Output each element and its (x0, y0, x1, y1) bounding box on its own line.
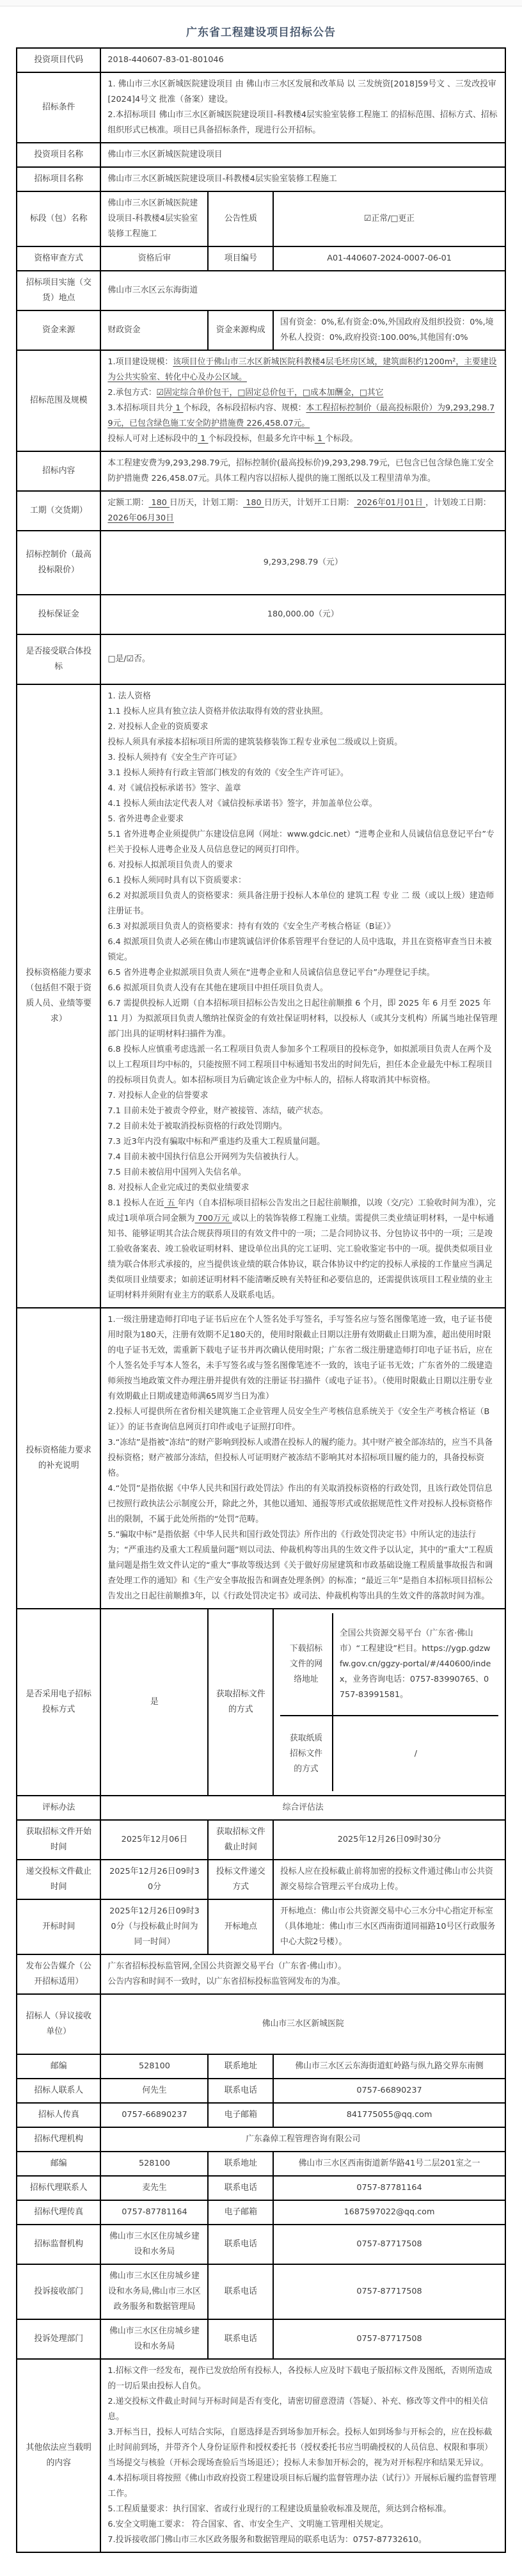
table-row: 是否采用电子招标投标方式 是 获取招标文件的方式 下载招标文件的网络地址 全国公… (17, 1609, 505, 1796)
qualification-req-value: 1. 法人资格1.1 投标人应具有独立法人资格并依法取得有效的营业执照。2. 对… (100, 684, 505, 1308)
consortium-label: 是否接受联合体投标 (17, 634, 100, 684)
location-value: 佛山市三水区云东海街道 (100, 271, 505, 310)
complaint-handle-phone-label: 联系电话 (208, 2319, 273, 2359)
table-row: 招标项目名称 佛山市三水区新城医院建设项目-科教楼4层实验室装修工程施工 (17, 167, 505, 191)
address1-label: 联系地址 (208, 2054, 273, 2079)
table-row: 招标控制价（最高投标限价） 9,293,298.79（元） (17, 531, 505, 595)
doc-deadline-label: 获取招标文件截止时间 (208, 1820, 273, 1860)
opening-time-value: 2025年12月26日09时30分（与投标截止时间为同一时间） (100, 1899, 208, 1954)
table-row: 投标保证金 180,000.00（元） (17, 595, 505, 634)
section-name-label: 标段（包）名称 (17, 191, 100, 246)
fund-composition-label: 资金来源构成 (208, 310, 273, 350)
other-content-value: 1.招标文件一经发布，视作已发放给所有投标人，各投标人应及时下载电子版招标文件及… (100, 2359, 505, 2552)
supervisor-phone-value: 0757-87717508 (273, 2225, 505, 2264)
table-row: 资格审查方式 资格后审 项目编号 A01-440607-2024-0007-06… (17, 246, 505, 271)
doc-method-inner-table: 下载招标文件的网络地址 全国公共资源交易平台（广东省·佛山市）“工程建设”栏目。… (280, 1613, 498, 1791)
tender-announcement-table: 投资项目代码 2018-440607-83-01-801046 招标条件 1. … (16, 47, 506, 2553)
supervisor-value: 佛山市三水区住房城乡建设和水务局 (100, 2225, 208, 2264)
table-row: 招标内容 本工程建安费为9,293,298.79元，招标控制价(最高投标价)9,… (17, 451, 505, 491)
email2-value: 1687597022@qq.com (273, 2200, 505, 2225)
table-row: 邮编 528100 联系地址 佛山市三水区西南街道新华路41号二层201室之一 (17, 2152, 505, 2176)
scope-label: 招标范围及规模 (17, 350, 100, 451)
doc-deadline-value: 2025年12月26日09时30分 (273, 1820, 505, 1860)
table-row: 递交投标文件截止时间 2025年12月26日09时30分 投标文件递交方式 投标… (17, 1860, 505, 1899)
opening-time-label: 开标时间 (17, 1899, 100, 1954)
submit-deadline-label: 递交投标文件截止时间 (17, 1860, 100, 1899)
complaint-handle-label: 投诉处理部门 (17, 2319, 100, 2359)
fax2-value: 0757-87781164 (100, 2200, 208, 2225)
table-row: 招标代理机构 广东淼倬工程管理咨询有限公司 (17, 2127, 505, 2152)
other-content-label: 其他依法应当载明的内容 (17, 2359, 100, 2552)
page-title: 广东省工程建设项目招标公告 (0, 23, 522, 39)
tender-conditions-label: 招标条件 (17, 72, 100, 143)
table-row: 招标人联系人 何先生 联系电话 0757-66890237 (17, 2079, 505, 2103)
tender-project-name-value: 佛山市三水区新城医院建设项目-科教楼4层实验室装修工程施工 (100, 167, 505, 191)
doc-start-value: 2025年12月06日 (100, 1820, 208, 1860)
submit-method-label: 投标文件递交方式 (208, 1860, 273, 1899)
table-row: 是否接受联合体投标 □是/☑否。 (17, 634, 505, 684)
consortium-value: □是/☑否。 (100, 634, 505, 684)
supervisor-phone-label: 联系电话 (208, 2225, 273, 2264)
table-row: 资金来源 财政资金 资金来源构成 国有资金：0%,私有资金:0%,外国政府及组织… (17, 310, 505, 350)
tender-conditions-value: 1. 佛山市三水区新城医院建设项目 由 佛山市三水区发展和改革局 以 三发统资[… (100, 72, 505, 143)
complaint-recv-phone-value: 0757-87717508 (273, 2264, 505, 2319)
qualification-review-label: 资格审查方式 (17, 246, 100, 271)
table-row: 招标人传真 0757-66890237 电子邮箱 841775055@qq.co… (17, 2103, 505, 2127)
supervisor-label: 招标监督机构 (17, 2225, 100, 2264)
contact2-value: 麦先生 (100, 2176, 208, 2200)
complaint-handle-phone-value: 0757-87717508 (273, 2319, 505, 2359)
doc-method-label: 获取招标文件的方式 (208, 1609, 273, 1796)
table-row: 招标条件 1. 佛山市三水区新城医院建设项目 由 佛山市三水区发展和改革局 以 … (17, 72, 505, 143)
invest-project-name-value: 佛山市三水区新城医院建设项目 (100, 143, 505, 167)
fax1-value: 0757-66890237 (100, 2103, 208, 2127)
address1-value: 佛山市三水区云东海街道虹岭路与纵九路交界东南侧 (273, 2054, 505, 2079)
address2-label: 联系地址 (208, 2152, 273, 2176)
table-row: 投诉处理部门 佛山市三水区住房城乡建设和水务局 联系电话 0757-877175… (17, 2319, 505, 2359)
project-number-value: A01-440607-2024-0007-06-01 (273, 246, 505, 271)
table-row: 投诉接收部门 佛山市三水区住房城乡建设和水务局,佛山市三水区政务服务和数据管理局… (17, 2264, 505, 2319)
bid-bond-value: 180,000.00（元） (100, 595, 505, 634)
tenderer-label: 招标人（异议接收单位） (17, 1994, 100, 2054)
duration-value: 定额工期： 180 日历天，计划工期： 180 日历天，计划开工日期： 2026… (100, 491, 505, 531)
phone2-label: 联系电话 (208, 2176, 273, 2200)
phone2-value: 0757-87781164 (273, 2176, 505, 2200)
complaint-recv-value: 佛山市三水区住房城乡建设和水务局,佛山市三水区政务服务和数据管理局 (100, 2264, 208, 2319)
phone1-value: 0757-66890237 (273, 2079, 505, 2103)
agency-label: 招标代理机构 (17, 2127, 100, 2152)
page-top-strip (0, 0, 522, 6)
notice-nature-value: ☑正常/□更正 (273, 191, 505, 246)
table-row: 下载招标文件的网络地址 全国公共资源交易平台（广东省·佛山市）“工程建设”栏目。… (280, 1613, 498, 1716)
section-name-value: 佛山市三水区新城医院建设项目-科教楼4层实验室装修工程施工 (100, 191, 208, 246)
email2-label: 电子邮箱 (208, 2200, 273, 2225)
fax1-label: 招标人传真 (17, 2103, 100, 2127)
fund-source-value: 财政资金 (100, 310, 208, 350)
project-number-label: 项目编号 (208, 246, 273, 271)
table-row: 获取纸质招标文件的方式 / (280, 1716, 498, 1791)
fund-source-label: 资金来源 (17, 310, 100, 350)
project-code-label: 投资项目代码 (17, 48, 100, 72)
fund-composition-value: 国有资金：0%,私有资金:0%,外国政府及组织投资：0%,境外私人投资：0%,政… (273, 310, 505, 350)
table-row: 招标监督机构 佛山市三水区住房城乡建设和水务局 联系电话 0757-877175… (17, 2225, 505, 2264)
duration-label: 工期（交货期） (17, 491, 100, 531)
bid-bond-label: 投标保证金 (17, 595, 100, 634)
submit-method-value: 投标人应在投标截止前将加密的投标文件通过佛山市公共资源交易综合管理云平台成功上传… (273, 1860, 505, 1899)
qualification-review-value: 资格后审 (100, 246, 208, 271)
table-row: 邮编 528100 联系地址 佛山市三水区云东海街道虹岭路与纵九路交界东南侧 (17, 2054, 505, 2079)
download-url-label: 下载招标文件的网络地址 (280, 1613, 333, 1716)
fax2-label: 招标代理传真 (17, 2200, 100, 2225)
scope-value: 1.项目建设规模：该项目位于佛山市三水区新城医院科教楼4层毛坯房区域，建筑面积约… (100, 350, 505, 451)
complaint-recv-label: 投诉接收部门 (17, 2264, 100, 2319)
submit-deadline-value: 2025年12月26日09时30分 (100, 1860, 208, 1899)
postcode1-label: 邮编 (17, 2054, 100, 2079)
table-row: 投标资格能力要求的补充说明 1.一级注册建造师打印电子证书后应在个人签名处手写签… (17, 1308, 505, 1609)
phone1-label: 联系电话 (208, 2079, 273, 2103)
qualification-supp-value: 1.一级注册建造师打印电子证书后应在个人签名处手写签名，手写签名应与签名图像笔迹… (100, 1308, 505, 1609)
e-bidding-label: 是否采用电子招标投标方式 (17, 1609, 100, 1796)
tender-content-value: 本工程建安费为9,293,298.79元，招标控制价(最高投标价)9,293,2… (100, 451, 505, 491)
control-price-value: 9,293,298.79（元） (100, 531, 505, 595)
email1-label: 电子邮箱 (208, 2103, 273, 2127)
table-row: 工期（交货期） 定额工期： 180 日历天，计划工期： 180 日历天，计划开工… (17, 491, 505, 531)
media-value: 广东省招标投标监管网,全国公共资源交易平台（广东省·佛山市）。公告内容和时间不一… (100, 1954, 505, 1994)
opening-place-value: 开标地点：佛山市公共资源交易中心三水分中心指定开标室（具体地址：佛山市三水区西南… (273, 1899, 505, 1954)
paper-doc-value: / (333, 1716, 498, 1791)
contact2-label: 招标代理联系人 (17, 2176, 100, 2200)
table-row: 投资项目名称 佛山市三水区新城医院建设项目 (17, 143, 505, 167)
opening-place-label: 开标地点 (208, 1899, 273, 1954)
paper-doc-label: 获取纸质招标文件的方式 (280, 1716, 333, 1791)
control-price-label: 招标控制价（最高投标限价） (17, 531, 100, 595)
table-row: 投标资格能力要求（包括但不限于资质人员、业绩等要求） 1. 法人资格1.1 投标… (17, 684, 505, 1308)
project-code-value: 2018-440607-83-01-801046 (100, 48, 505, 72)
table-row: 招标项目实施（交货）地点 佛山市三水区云东海街道 (17, 271, 505, 310)
postcode2-value: 528100 (100, 2152, 208, 2176)
table-row: 招标代理传真 0757-87781164 电子邮箱 1687597022@qq.… (17, 2200, 505, 2225)
table-row: 评标办法 综合评估法 (17, 1796, 505, 1820)
evaluation-label: 评标办法 (17, 1796, 100, 1820)
postcode1-value: 528100 (100, 2054, 208, 2079)
qualification-supp-label: 投标资格能力要求的补充说明 (17, 1308, 100, 1609)
contact1-value: 何先生 (100, 2079, 208, 2103)
postcode2-label: 邮编 (17, 2152, 100, 2176)
doc-start-label: 获取招标文件开始时间 (17, 1820, 100, 1860)
complaint-recv-phone-label: 联系电话 (208, 2264, 273, 2319)
tenderer-value: 佛山市三水区新城医院 (100, 1994, 505, 2054)
contact1-label: 招标人联系人 (17, 2079, 100, 2103)
e-bidding-value: 是 (100, 1609, 208, 1796)
email1-value: 841775055@qq.com (273, 2103, 505, 2127)
table-row: 投资项目代码 2018-440607-83-01-801046 (17, 48, 505, 72)
tender-content-label: 招标内容 (17, 451, 100, 491)
tender-project-name-label: 招标项目名称 (17, 167, 100, 191)
table-row: 发布公告媒介（公开招标适用） 广东省招标投标监管网,全国公共资源交易平台（广东省… (17, 1954, 505, 1994)
agency-value: 广东淼倬工程管理咨询有限公司 (100, 2127, 505, 2152)
table-row: 招标人（异议接收单位） 佛山市三水区新城医院 (17, 1994, 505, 2054)
download-url-value: 全国公共资源交易平台（广东省·佛山市）“工程建设”栏目。https://ygp.… (333, 1613, 498, 1716)
notice-nature-label: 公告性质 (208, 191, 273, 246)
media-label: 发布公告媒介（公开招标适用） (17, 1954, 100, 1994)
location-label: 招标项目实施（交货）地点 (17, 271, 100, 310)
table-row: 标段（包）名称 佛山市三水区新城医院建设项目-科教楼4层实验室装修工程施工 公告… (17, 191, 505, 246)
evaluation-value: 综合评估法 (100, 1796, 505, 1820)
invest-project-name-label: 投资项目名称 (17, 143, 100, 167)
table-row: 开标时间 2025年12月26日09时30分（与投标截止时间为同一时间） 开标地… (17, 1899, 505, 1954)
table-row: 招标代理联系人 麦先生 联系电话 0757-87781164 (17, 2176, 505, 2200)
address2-value: 佛山市三水区西南街道新华路41号二层201室之一 (273, 2152, 505, 2176)
table-row: 招标范围及规模 1.项目建设规模：该项目位于佛山市三水区新城医院科教楼4层毛坯房… (17, 350, 505, 451)
doc-method-cell: 下载招标文件的网络地址 全国公共资源交易平台（广东省·佛山市）“工程建设”栏目。… (273, 1609, 505, 1796)
table-row: 获取招标文件开始时间 2025年12月06日 获取招标文件截止时间 2025年1… (17, 1820, 505, 1860)
qualification-req-label: 投标资格能力要求（包括但不限于资质人员、业绩等要求） (17, 684, 100, 1308)
complaint-handle-value: 佛山市三水区住房城乡建设和水务局 (100, 2319, 208, 2359)
table-row: 其他依法应当载明的内容 1.招标文件一经发布，视作已发放给所有投标人，各投标人应… (17, 2359, 505, 2552)
